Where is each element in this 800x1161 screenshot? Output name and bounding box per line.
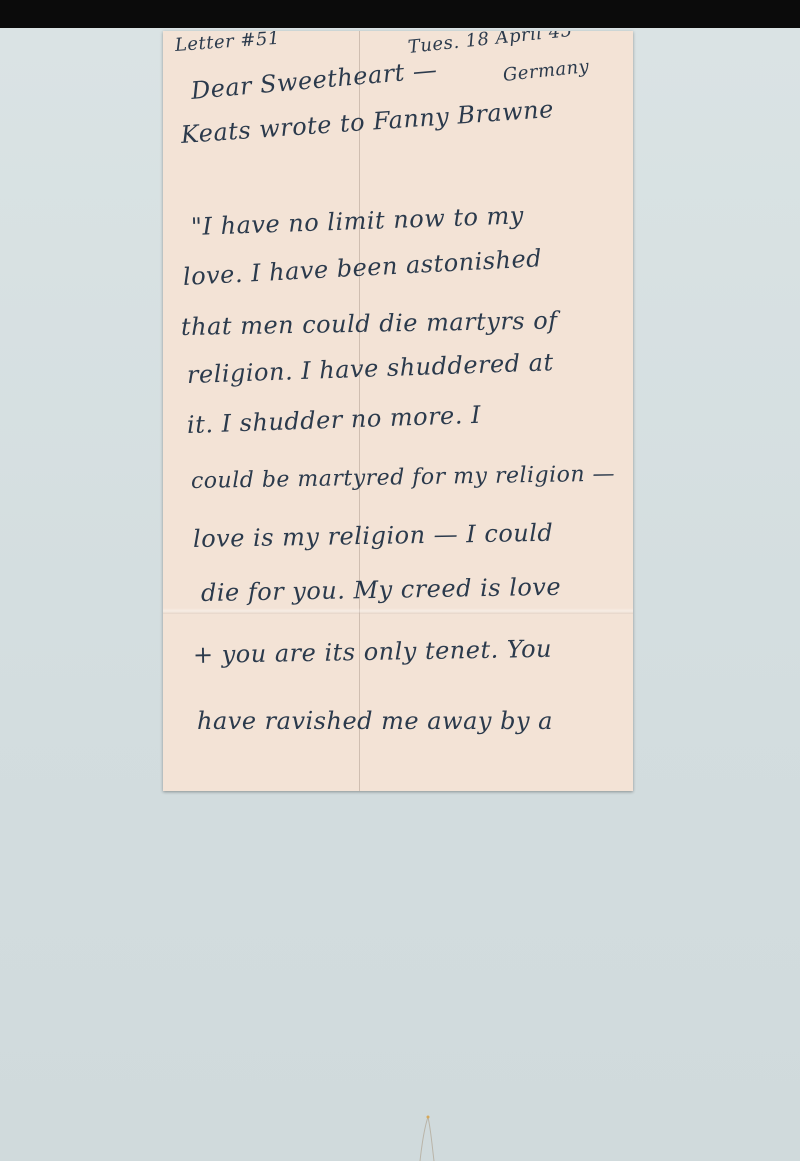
scanner-top-bar [0, 0, 800, 28]
letter-line: die for you. My creed is love [201, 573, 562, 607]
paper-fiber-strand [418, 1115, 438, 1161]
salutation: Dear Sweetheart — [190, 56, 439, 105]
letter-line: + you are its only tenet. You [193, 635, 552, 669]
letter-line: Keats wrote to Fanny Brawne [180, 95, 555, 149]
letter-place: Germany [502, 56, 590, 86]
letter-line: could be martyred for my religion — [191, 462, 616, 494]
letter-line: "I have no limit now to my [191, 201, 525, 241]
letter-line: love. I have been astonished [182, 244, 542, 291]
letter-line: that men could die martyrs of [181, 306, 558, 341]
letter-number: Letter #51 [174, 31, 280, 56]
letter-date: Tues. 18 April 45 [407, 31, 574, 58]
letter-page: Letter #51 Tues. 18 April 45 Germany Dea… [163, 31, 633, 791]
letter-line: have ravished me away by a [197, 707, 553, 735]
horizontal-fold-line [163, 608, 633, 614]
letter-line: religion. I have shuddered at [187, 348, 555, 389]
letter-line: it. I shudder no more. I [187, 401, 482, 439]
letter-line: love is my religion — I could [193, 519, 554, 553]
